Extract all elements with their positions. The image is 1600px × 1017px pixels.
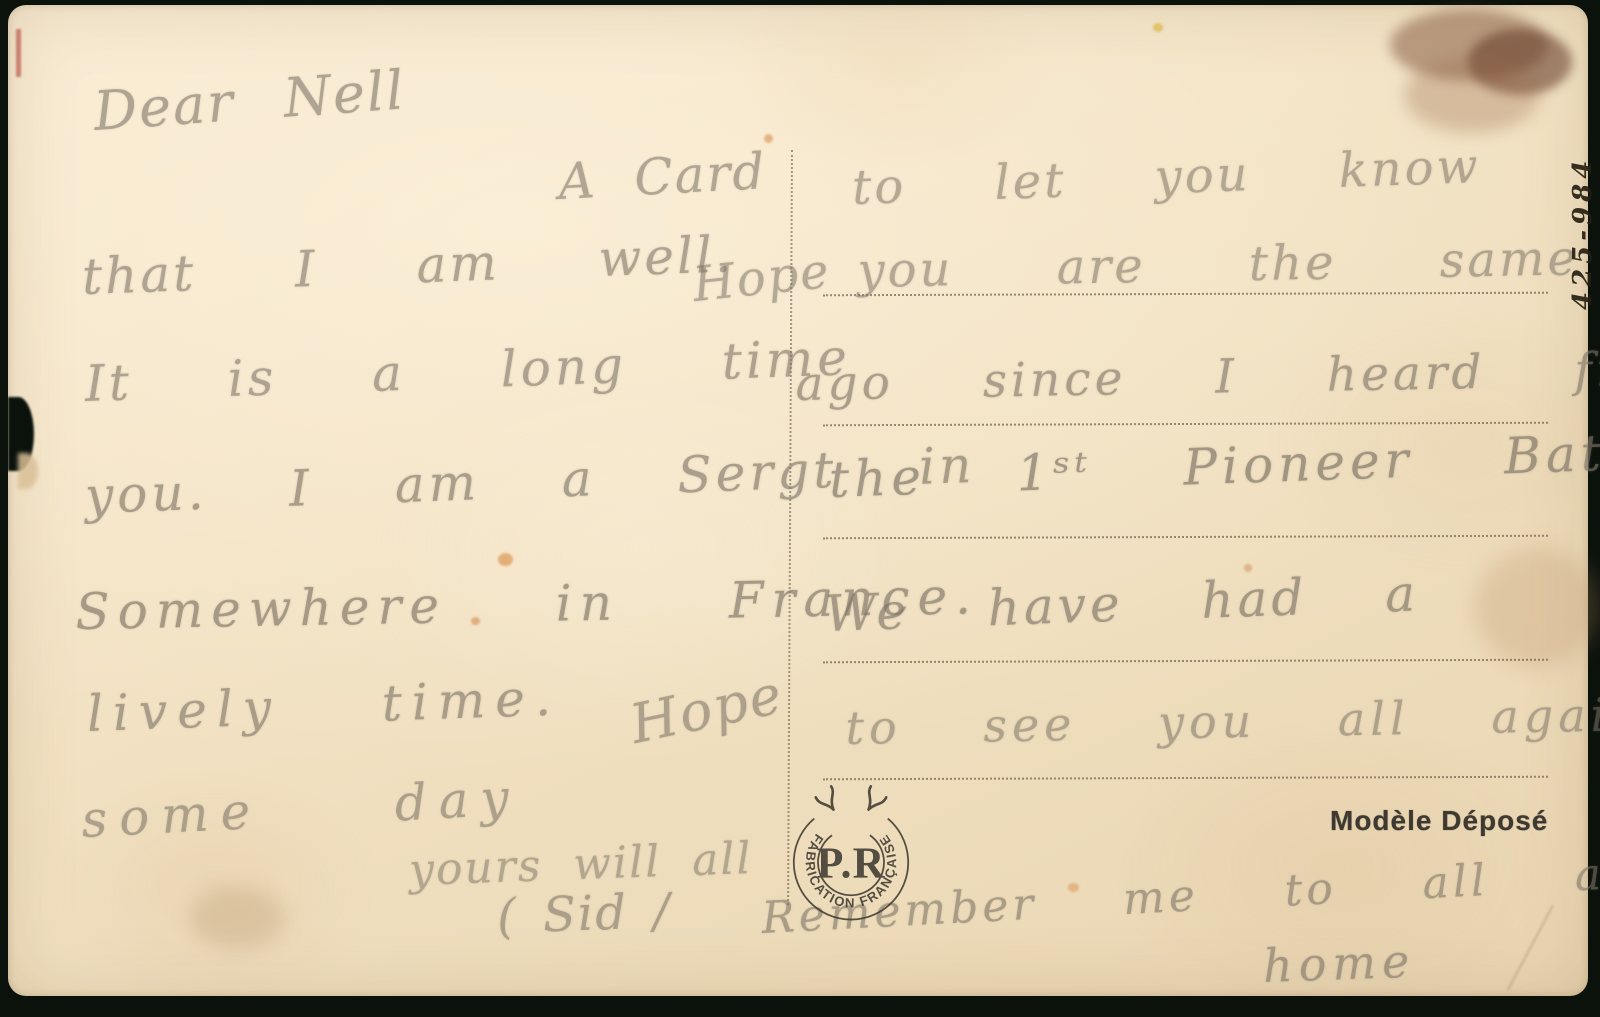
red-edge-mark: [16, 29, 21, 77]
address-dotted-line: [823, 535, 1548, 540]
modele-depose-label: Modèle Déposé: [1330, 805, 1548, 837]
publisher-stamp-icon: FABRICATION FRANÇAISE P.R: [785, 783, 917, 924]
handwriting-lively-time: lively time.: [86, 668, 562, 743]
handwriting-dear-nell: Dear Nell: [92, 58, 408, 143]
foxing-speck: [498, 553, 513, 566]
stamp-initials: P.R: [817, 839, 886, 888]
handwriting-ago-since-i-heard-from: ago since I heard from: [795, 341, 1600, 412]
address-dotted-line: [823, 659, 1548, 664]
address-dotted-line: [823, 422, 1548, 427]
stain-right-middle: [1474, 547, 1600, 667]
handwriting-to-let-you-know: to let you know: [851, 138, 1481, 216]
handwriting-to-see-you-all-again: to see you all again: [845, 687, 1600, 755]
address-dotted-line: [823, 776, 1548, 781]
handwriting-you-are-the-same: you are the same: [857, 230, 1579, 299]
stain-bottom-left: [190, 887, 285, 949]
foxing-speck: [764, 134, 773, 143]
corner-crease: [1507, 905, 1554, 991]
postcard-back: Dear NellA Cardto let you knowthat I am …: [8, 5, 1588, 996]
handwriting-hope-second: Hope: [625, 662, 789, 756]
handwriting-some-day: some day: [80, 768, 522, 849]
stain-top-right-core: [1468, 29, 1572, 95]
scan-background: { "colors": { "background": "#0b120c", "…: [0, 0, 1600, 1017]
handwriting-home: home: [1262, 934, 1416, 993]
handwriting-the-1st-pioneer-battn: the 1ˢᵗ Pioneer Battn: [828, 422, 1600, 509]
stain-top-right: [1390, 9, 1548, 81]
handwriting-that-i-am-well: that I am well.: [81, 225, 735, 306]
left-edge-chip: [18, 453, 38, 489]
handwriting-sid-signature: ( Sid /: [496, 883, 672, 945]
edge-inventory-number: 425-984: [1568, 156, 1598, 310]
stain-top-right-halo: [1404, 57, 1540, 133]
handwriting-a-card: A Card: [557, 142, 768, 211]
handwriting-it-is-a-long-time: It is a long time: [84, 328, 852, 413]
foxing-speck: [1153, 23, 1163, 32]
